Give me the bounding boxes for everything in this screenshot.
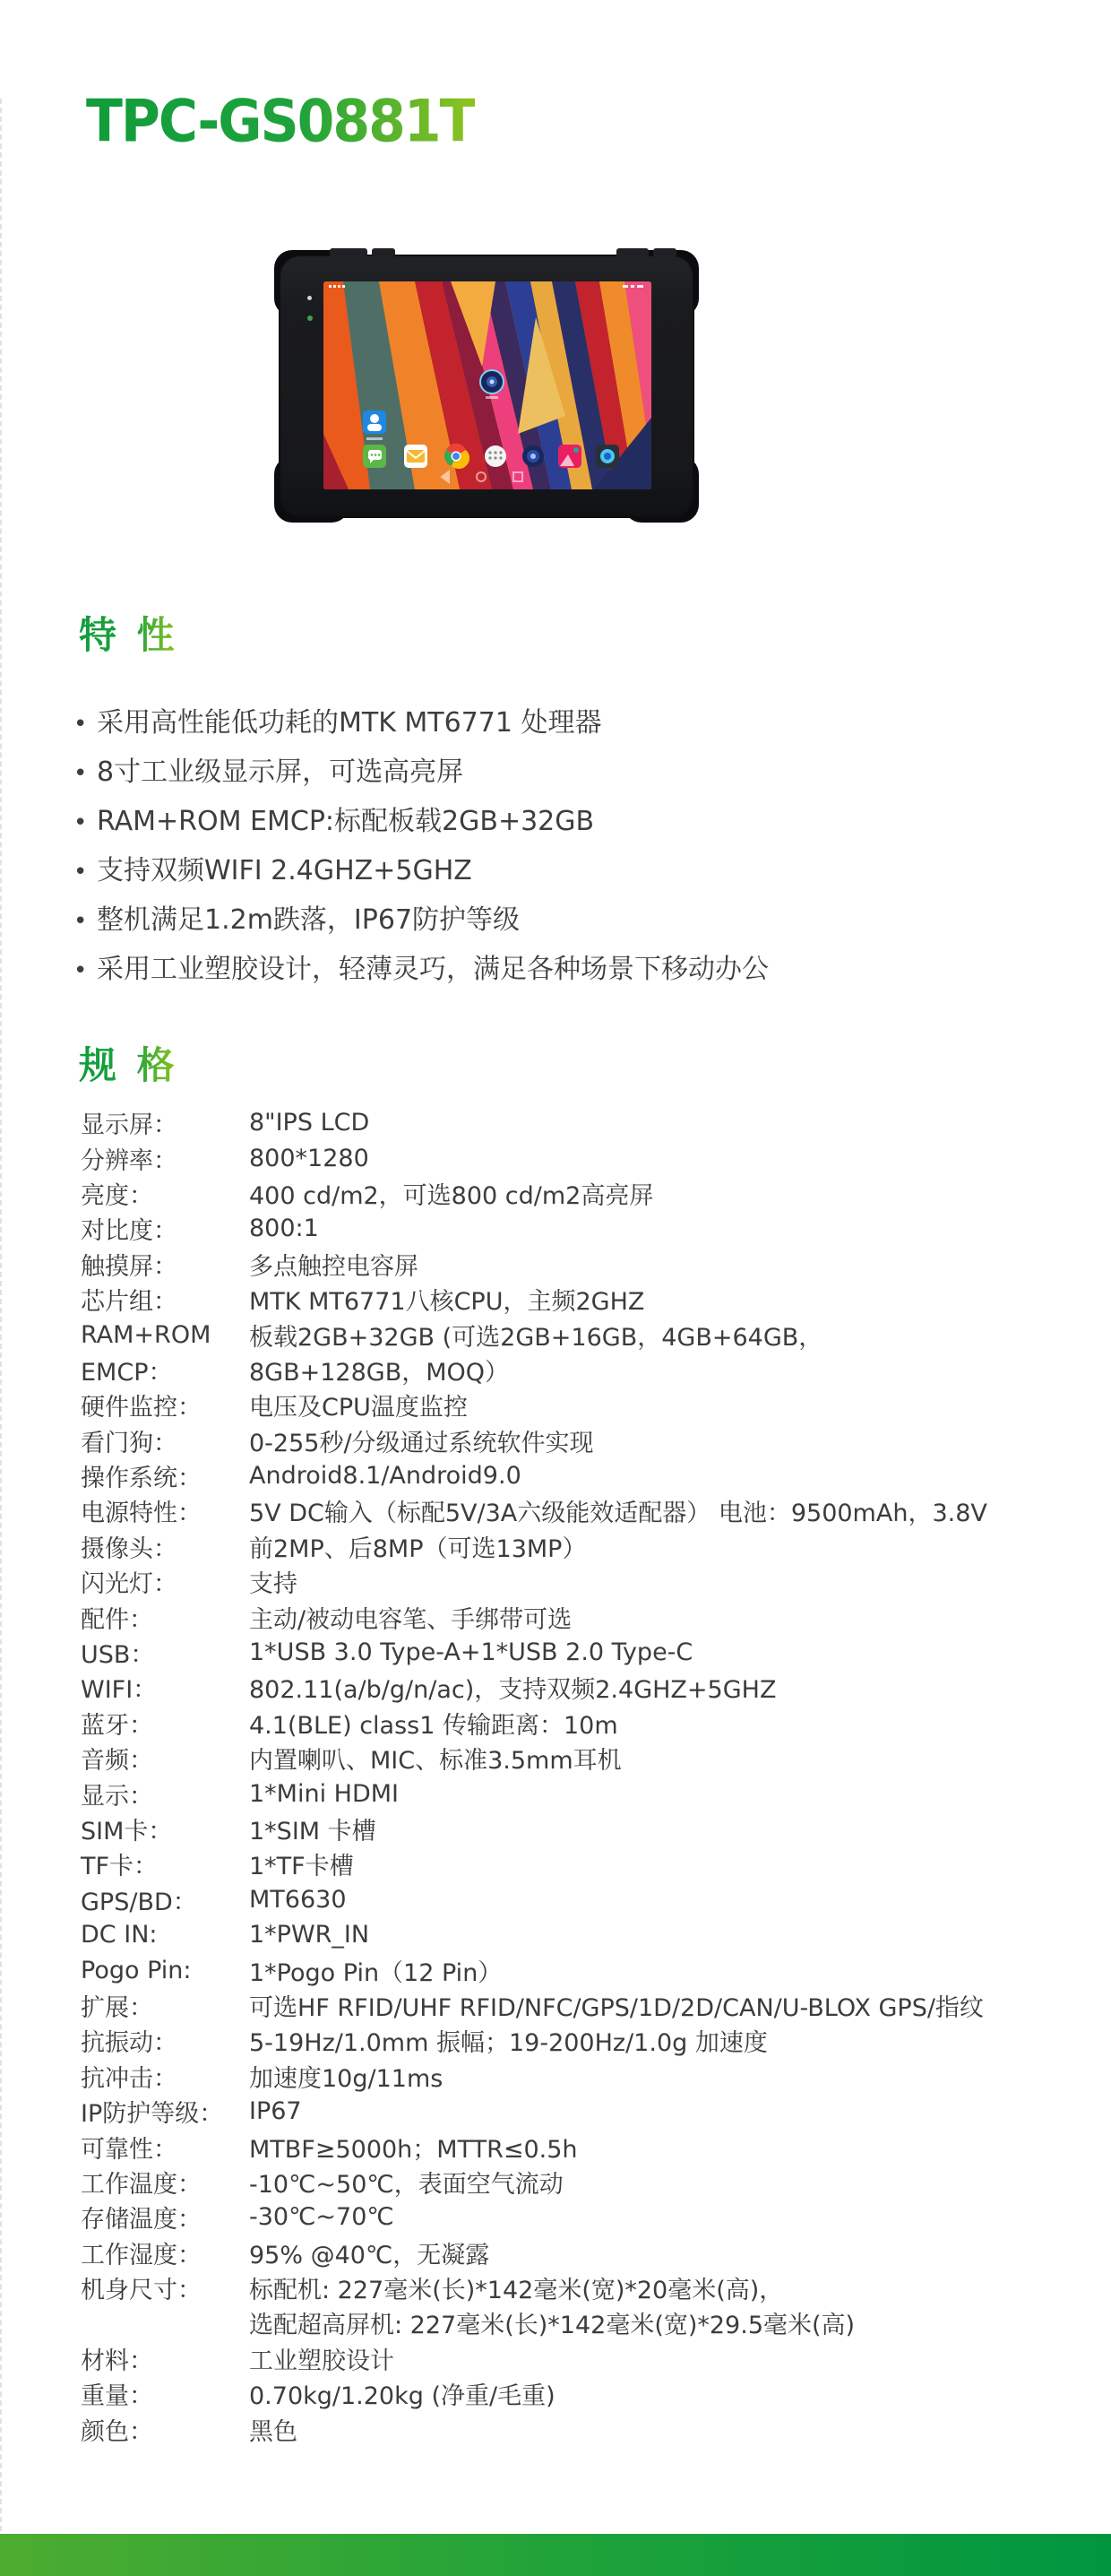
spec-value: IP67 xyxy=(249,2097,1075,2125)
spec-label: 材料： xyxy=(81,2341,249,2376)
spec-row: Pogo Pin:1*Pogo Pin（12 Pin） xyxy=(81,1952,1075,1987)
spec-label: 对比度： xyxy=(81,1211,249,1246)
notification-led-icon xyxy=(307,316,313,321)
feature-text: 整机满足1.2m跌落，IP67防护等级 xyxy=(97,904,520,936)
dialer-icon xyxy=(522,445,544,467)
specs-table: 显示屏：8"IPS LCD分辨率：800*1280亮度：400 cd/m2，可选… xyxy=(81,1105,1075,2447)
spec-value: 1*SIM 卡槽 xyxy=(249,1811,1075,1846)
spec-value: Android8.1/Android9.0 xyxy=(249,1462,1075,1490)
spec-value: 400 cd/m2，可选800 cd/m2高亮屏 xyxy=(249,1176,1075,1211)
feature-item: •采用高性能低功耗的MTK MT6771 处理器 xyxy=(73,699,1041,748)
spec-label: IP防护等级： xyxy=(81,2094,249,2129)
spec-row: 抗振动：5-19Hz/1.0mm 振幅；19-200Hz/1.0g 加速度 xyxy=(81,2023,1075,2058)
spec-label: RAM+ROM xyxy=(81,1321,249,1349)
side-button xyxy=(330,248,367,257)
tablet-screen xyxy=(323,281,651,489)
spec-label: 触摸屏： xyxy=(81,1247,249,1282)
front-camera-icon xyxy=(307,296,312,300)
spec-row: 对比度：800:1 xyxy=(81,1211,1075,1246)
spec-value: 0-255秒/分级通过系统软件实现 xyxy=(249,1423,1075,1458)
bullet-icon: • xyxy=(73,848,97,896)
spec-label: 操作系统： xyxy=(81,1458,249,1493)
spec-value: 802.11(a/b/g/n/ac)，支持双频2.4GHZ+5GHZ xyxy=(249,1670,1075,1705)
spec-value: 多点触控电容屏 xyxy=(249,1247,1075,1282)
spec-label: 可靠性： xyxy=(81,2130,249,2165)
spec-value: 4.1(BLE) class1 传输距离：10m xyxy=(249,1706,1075,1741)
spec-value: 1*Mini HDMI xyxy=(249,1780,1075,1808)
email-icon xyxy=(404,445,427,468)
spec-value: 工业塑胶设计 xyxy=(249,2341,1075,2376)
gallery-icon xyxy=(558,445,581,468)
spec-value: 5V DC输入（标配5V/3A六级能效适配器） 电池：9500mAh，3.8V xyxy=(249,1493,1075,1528)
spec-value: 电压及CPU温度监控 xyxy=(249,1387,1075,1422)
spec-row: 看门狗：0-255秒/分级通过系统软件实现 xyxy=(81,1423,1075,1458)
spec-value: 内置喇叭、MIC、标准3.5mm耳机 xyxy=(249,1741,1075,1776)
spec-row: 选配超高屏机: 227毫米(长)*142毫米(宽)*29.5毫米(高) xyxy=(81,2305,1075,2340)
spec-row: 可靠性：MTBF≥5000h；MTTR≤0.5h xyxy=(81,2129,1075,2164)
spec-label: EMCP： xyxy=(81,1353,249,1387)
features-list: •采用高性能低功耗的MTK MT6771 处理器•8寸工业级显示屏，可选高亮屏•… xyxy=(73,699,1041,995)
feature-item: •RAM+ROM EMCP:标配板载2GB+32GB xyxy=(73,798,1041,847)
spec-value: MT6630 xyxy=(249,1886,1075,1914)
bullet-icon: • xyxy=(73,749,97,798)
spec-label: WIFI： xyxy=(81,1670,249,1705)
spec-value: 0.70kg/1.20kg (净重/毛重) xyxy=(249,2376,1075,2411)
bullet-icon: • xyxy=(73,799,97,847)
spec-label: 工作湿度： xyxy=(81,2235,249,2270)
feature-item: •8寸工业级显示屏，可选高亮屏 xyxy=(73,748,1041,798)
spec-row: 触摸屏：多点触控电容屏 xyxy=(81,1247,1075,1282)
spec-label: 分辨率： xyxy=(81,1141,249,1176)
feature-item: •整机满足1.2m跌落，IP67防护等级 xyxy=(73,896,1041,946)
spec-sheet-page: TPC-GS0881T xyxy=(0,0,1111,2576)
feature-text: 8寸工业级显示屏，可选高亮屏 xyxy=(97,756,463,788)
spec-label: 芯片组： xyxy=(81,1282,249,1317)
app-drawer-icon xyxy=(485,445,506,467)
left-crop-mark xyxy=(0,99,2,2576)
spec-row: SIM卡：1*SIM 卡槽 xyxy=(81,1811,1075,1846)
spec-row: IP防护等级：IP67 xyxy=(81,2094,1075,2129)
spec-value: 5-19Hz/1.0mm 振幅；19-200Hz/1.0g 加速度 xyxy=(249,2023,1075,2058)
spec-value: -30℃~70℃ xyxy=(249,2203,1075,2231)
spec-label: 颜色： xyxy=(81,2412,249,2447)
spec-value: 板载2GB+32GB (可选2GB+16GB，4GB+64GB， xyxy=(249,1318,1075,1353)
spec-value: MTBF≥5000h；MTTR≤0.5h xyxy=(249,2130,1075,2165)
spec-row: WIFI：802.11(a/b/g/n/ac)，支持双频2.4GHZ+5GHZ xyxy=(81,1670,1075,1705)
spec-row: DC IN:1*PWR_IN xyxy=(81,1917,1075,1952)
spec-row: 摄像头：前2MP、后8MP（可选13MP） xyxy=(81,1529,1075,1564)
spec-row: 配件：主动/被动电容笔、手绑带可选 xyxy=(81,1599,1075,1634)
footer-bar xyxy=(0,2534,1111,2576)
spec-label: 音频： xyxy=(81,1741,249,1776)
spec-label: 重量： xyxy=(81,2376,249,2411)
spec-row: 工作温度：-10℃~50℃，表面空气流动 xyxy=(81,2165,1075,2200)
camera-icon xyxy=(596,445,619,468)
spec-row: GPS/BD：MT6630 xyxy=(81,1882,1075,1917)
spec-value: MTK MT6771八核CPU，主频2GHZ xyxy=(249,1282,1075,1317)
spec-label: 看门狗： xyxy=(81,1423,249,1458)
feature-item: •支持双频WIFI 2.4GHZ+5GHZ xyxy=(73,847,1041,896)
spec-row: 音频：内置喇叭、MIC、标准3.5mm耳机 xyxy=(81,1741,1075,1776)
spec-row: 机身尺寸：标配机: 227毫米(长)*142毫米(宽)*20毫米(高)， xyxy=(81,2270,1075,2305)
spec-row: 存储温度：-30℃~70℃ xyxy=(81,2200,1075,2235)
spec-value: 8"IPS LCD xyxy=(249,1109,1075,1137)
spec-label: DC IN: xyxy=(81,1921,249,1949)
product-image xyxy=(279,255,694,518)
spec-label: 抗冲击： xyxy=(81,2059,249,2094)
feature-text: 支持双频WIFI 2.4GHZ+5GHZ xyxy=(97,855,472,886)
spec-row: 蓝牙：4.1(BLE) class1 传输距离：10m xyxy=(81,1706,1075,1741)
spec-value: 1*PWR_IN xyxy=(249,1921,1075,1949)
feature-text: 采用高性能低功耗的MTK MT6771 处理器 xyxy=(97,707,602,739)
feature-item: •采用工业塑胶设计，轻薄灵巧，满足各种场景下移动办公 xyxy=(73,946,1041,995)
spec-label: 显示屏： xyxy=(81,1105,249,1140)
spec-row: 操作系统：Android8.1/Android9.0 xyxy=(81,1458,1075,1493)
power-button xyxy=(616,248,649,257)
spec-value: 800:1 xyxy=(249,1215,1075,1242)
spec-row: 亮度：400 cd/m2，可选800 cd/m2高亮屏 xyxy=(81,1176,1075,1211)
spec-row: 材料：工业塑胶设计 xyxy=(81,2341,1075,2376)
spec-value: 主动/被动电容笔、手绑带可选 xyxy=(249,1600,1075,1635)
spec-value: 8GB+128GB，MOQ） xyxy=(249,1353,1075,1387)
spec-label: Pogo Pin: xyxy=(81,1957,249,1984)
spec-row: 芯片组：MTK MT6771八核CPU，主频2GHZ xyxy=(81,1282,1075,1317)
spec-value: 支持 xyxy=(249,1564,1075,1599)
specs-heading: 规 格 xyxy=(79,1036,178,1090)
spec-label: 抗振动： xyxy=(81,2023,249,2058)
bullet-icon: • xyxy=(73,700,97,748)
spec-value: 95% @40℃，无凝露 xyxy=(249,2235,1075,2270)
spec-row: 工作湿度：95% @40℃，无凝露 xyxy=(81,2235,1075,2270)
spec-value: -10℃~50℃，表面空气流动 xyxy=(249,2165,1075,2200)
spec-row: USB：1*USB 3.0 Type-A+1*USB 2.0 Type-C xyxy=(81,1635,1075,1670)
spec-value: 前2MP、后8MP（可选13MP） xyxy=(249,1529,1075,1564)
spec-row: 显示屏：8"IPS LCD xyxy=(81,1105,1075,1140)
spec-row: EMCP：8GB+128GB，MOQ） xyxy=(81,1353,1075,1387)
spec-row: RAM+ROM板载2GB+32GB (可选2GB+16GB，4GB+64GB， xyxy=(81,1317,1075,1352)
spec-value: 加速度10g/11ms xyxy=(249,2059,1075,2094)
bullet-icon: • xyxy=(73,947,97,995)
spec-label: 摄像头： xyxy=(81,1529,249,1564)
spec-value: 800*1280 xyxy=(249,1145,1075,1172)
spec-row: 电源特性：5V DC输入（标配5V/3A六级能效适配器） 电池：9500mAh，… xyxy=(81,1493,1075,1528)
feature-text: RAM+ROM EMCP:标配板载2GB+32GB xyxy=(97,806,594,837)
feature-text: 采用工业塑胶设计，轻薄灵巧，满足各种场景下移动办公 xyxy=(97,954,769,985)
spec-label: 配件： xyxy=(81,1600,249,1635)
spec-label: 存储温度： xyxy=(81,2200,249,2235)
spec-label: 电源特性： xyxy=(81,1493,249,1528)
spec-row: 闪光灯：支持 xyxy=(81,1564,1075,1599)
spec-label: 显示： xyxy=(81,1776,249,1811)
spec-value: 黑色 xyxy=(249,2412,1075,2447)
volume-button xyxy=(653,248,676,257)
spec-value: 1*Pogo Pin（12 Pin） xyxy=(249,1953,1075,1988)
spec-value: 可选HF RFID/UHF RFID/NFC/GPS/1D/2D/CAN/U-B… xyxy=(249,1988,1075,2023)
side-button xyxy=(372,248,395,257)
spec-row: 分辨率：800*1280 xyxy=(81,1140,1075,1175)
bullet-icon: • xyxy=(73,897,97,946)
spec-row: 扩展：可选HF RFID/UHF RFID/NFC/GPS/1D/2D/CAN/… xyxy=(81,1988,1075,2023)
spec-label: 机身尺寸： xyxy=(81,2270,249,2305)
spec-row: 颜色：黑色 xyxy=(81,2411,1075,2446)
spec-value: 1*TF卡槽 xyxy=(249,1846,1075,1881)
spec-label: USB： xyxy=(81,1635,249,1670)
spec-row: 抗冲击：加速度10g/11ms xyxy=(81,2059,1075,2094)
features-heading: 特 性 xyxy=(79,606,178,660)
spec-label: 亮度： xyxy=(81,1176,249,1211)
product-title: TPC-GS0881T xyxy=(86,88,475,156)
spec-label: SIM卡： xyxy=(81,1811,249,1846)
spec-label: TF卡： xyxy=(81,1846,249,1881)
spec-label: 硬件监控： xyxy=(81,1387,249,1422)
spec-label: 扩展： xyxy=(81,1988,249,2023)
spec-value: 选配超高屏机: 227毫米(长)*142毫米(宽)*29.5毫米(高) xyxy=(249,2305,1075,2340)
spec-row: 重量：0.70kg/1.20kg (净重/毛重) xyxy=(81,2376,1075,2411)
spec-row: TF卡：1*TF卡槽 xyxy=(81,1846,1075,1881)
spec-label: GPS/BD： xyxy=(81,1882,249,1917)
spec-row: 硬件监控：电压及CPU温度监控 xyxy=(81,1387,1075,1422)
spec-value: 1*USB 3.0 Type-A+1*USB 2.0 Type-C xyxy=(249,1638,1075,1666)
wallpaper-graphic xyxy=(323,281,651,489)
messages-icon xyxy=(363,445,386,468)
spec-label: 蓝牙： xyxy=(81,1706,249,1741)
spec-label: 闪光灯： xyxy=(81,1564,249,1599)
spec-label: 工作温度： xyxy=(81,2165,249,2200)
spec-value: 标配机: 227毫米(长)*142毫米(宽)*20毫米(高)， xyxy=(249,2270,1075,2305)
spec-row: 显示：1*Mini HDMI xyxy=(81,1776,1075,1811)
